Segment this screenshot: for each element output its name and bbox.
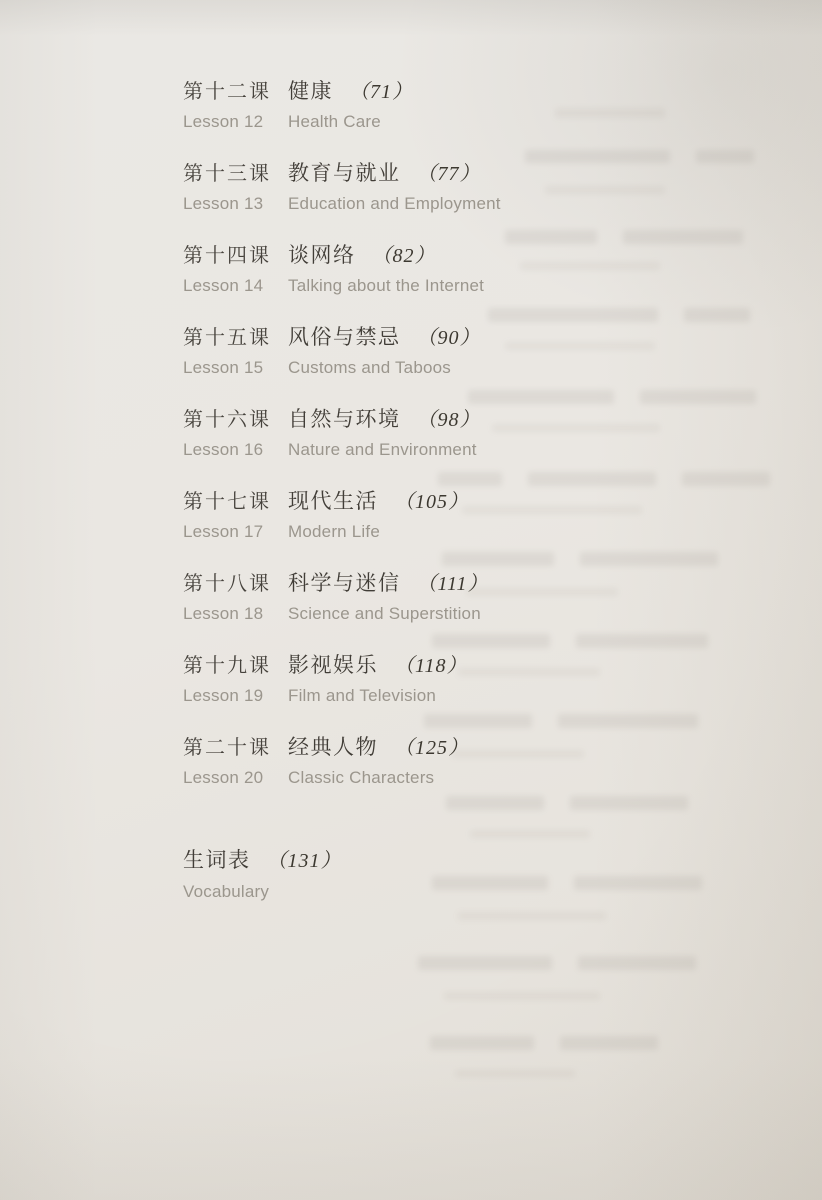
lesson-page-number: （82） <box>372 245 436 267</box>
lesson-number-en: Lesson 13 <box>183 190 288 217</box>
showthrough-ghost-row <box>458 912 606 920</box>
lesson-page-number: （118） <box>394 655 468 677</box>
lesson-title-en: Modern Life <box>288 518 501 545</box>
showthrough-ghost-row <box>468 390 756 404</box>
lesson-title-zh: 现代生活 <box>288 490 378 513</box>
lesson-number-zh: 第二十课 <box>183 734 288 764</box>
toc-entry: 第十五课 风俗与禁忌（90） Lesson 15 Customs and Tab… <box>183 324 501 381</box>
showthrough-ghost-row <box>520 262 660 270</box>
toc-entry: 第十三课 教育与就业（77） Lesson 13 Education and E… <box>183 160 501 217</box>
lesson-number-zh: 第十七课 <box>183 488 288 518</box>
lesson-page-number: （90） <box>417 327 481 349</box>
lesson-title-zh: 科学与迷信 <box>288 572 401 595</box>
showthrough-ghost-row <box>430 1036 658 1050</box>
showthrough-ghost-row <box>488 308 750 322</box>
lesson-title-line: 风俗与禁忌（90） <box>288 324 501 354</box>
toc-entry: 第十四课 谈网络（82） Lesson 14 Talking about the… <box>183 242 501 299</box>
toc-list: 第十二课 健康（71） Lesson 12 Health Care 第十三课 教… <box>183 78 501 791</box>
lesson-title-zh: 教育与就业 <box>288 162 401 185</box>
lesson-title-en: Talking about the Internet <box>288 272 501 299</box>
lesson-title-zh: 风俗与禁忌 <box>288 326 401 349</box>
lesson-title-en: Nature and Environment <box>288 436 501 463</box>
toc-entry: 第二十课 经典人物（125） Lesson 20 Classic Charact… <box>183 734 501 791</box>
toc-entry: 第十八课 科学与迷信（111） Lesson 18 Science and Su… <box>183 570 501 627</box>
lesson-number-en: Lesson 12 <box>183 108 288 135</box>
toc-entry: 第十七课 现代生活（105） Lesson 17 Modern Life <box>183 488 501 545</box>
lesson-number-zh: 第十二课 <box>183 78 288 108</box>
lesson-page-number: （71） <box>349 81 413 103</box>
showthrough-ghost-row <box>525 150 754 163</box>
lesson-number-zh: 第十八课 <box>183 570 288 600</box>
showthrough-ghost-row <box>455 1070 575 1077</box>
vocabulary-page-number: （131） <box>267 850 342 872</box>
showthrough-ghost-row <box>444 992 600 1000</box>
lesson-title-en: Education and Employment <box>288 190 501 217</box>
vocabulary-title-line: 生词表（131） <box>183 846 501 878</box>
showthrough-ghost-row <box>545 186 665 194</box>
lesson-title-en: Customs and Taboos <box>288 354 501 381</box>
lesson-number-zh: 第十四课 <box>183 242 288 272</box>
lesson-number-en: Lesson 17 <box>183 518 288 545</box>
lesson-number-en: Lesson 20 <box>183 764 288 791</box>
toc-entry: 第十九课 影视娱乐（118） Lesson 19 Film and Televi… <box>183 652 501 709</box>
showthrough-ghost-row <box>492 424 660 432</box>
lesson-title-zh: 谈网络 <box>288 244 356 267</box>
lesson-title-line: 自然与环境（98） <box>288 406 501 436</box>
lesson-number-en: Lesson 18 <box>183 600 288 627</box>
toc-entry: 第十六课 自然与环境（98） Lesson 16 Nature and Envi… <box>183 406 501 463</box>
lesson-page-number: （98） <box>417 409 481 431</box>
lesson-title-line: 科学与迷信（111） <box>288 570 501 600</box>
lesson-title-zh: 经典人物 <box>288 736 378 759</box>
showthrough-ghost-row <box>505 230 743 244</box>
lesson-number-zh: 第十九课 <box>183 652 288 682</box>
lesson-title-line: 现代生活（105） <box>288 488 501 518</box>
lesson-page-number: （105） <box>394 491 469 513</box>
vocabulary-title-zh: 生词表 <box>183 849 251 872</box>
lesson-title-en: Science and Superstition <box>288 600 501 627</box>
lesson-page-number: （125） <box>394 737 469 759</box>
table-of-contents: 第十二课 健康（71） Lesson 12 Health Care 第十三课 教… <box>183 78 501 905</box>
showthrough-ghost-row <box>505 342 655 350</box>
lesson-title-line: 教育与就业（77） <box>288 160 501 190</box>
lesson-number-en: Lesson 15 <box>183 354 288 381</box>
lesson-title-zh: 健康 <box>288 80 333 103</box>
vocabulary-title-en: Vocabulary <box>183 878 501 905</box>
lesson-page-number: （111） <box>417 573 489 595</box>
lesson-number-zh: 第十五课 <box>183 324 288 354</box>
lesson-number-zh: 第十六课 <box>183 406 288 436</box>
lesson-title-line: 经典人物（125） <box>288 734 501 764</box>
lesson-title-line: 谈网络（82） <box>288 242 501 272</box>
lesson-title-line: 影视娱乐（118） <box>288 652 501 682</box>
lesson-title-zh: 影视娱乐 <box>288 654 378 677</box>
lesson-title-en: Classic Characters <box>288 764 501 791</box>
lesson-number-en: Lesson 16 <box>183 436 288 463</box>
lesson-number-zh: 第十三课 <box>183 160 288 190</box>
lesson-title-en: Health Care <box>288 108 501 135</box>
toc-entry: 第十二课 健康（71） Lesson 12 Health Care <box>183 78 501 135</box>
lesson-title-zh: 自然与环境 <box>288 408 401 431</box>
vocabulary-entry: 生词表（131） Vocabulary <box>183 846 501 905</box>
showthrough-ghost-row <box>418 956 696 970</box>
lesson-title-line: 健康（71） <box>288 78 501 108</box>
showthrough-ghost-row <box>555 108 665 118</box>
lesson-title-en: Film and Television <box>288 682 501 709</box>
lesson-page-number: （77） <box>417 163 481 185</box>
lesson-number-en: Lesson 14 <box>183 272 288 299</box>
lesson-number-en: Lesson 19 <box>183 682 288 709</box>
